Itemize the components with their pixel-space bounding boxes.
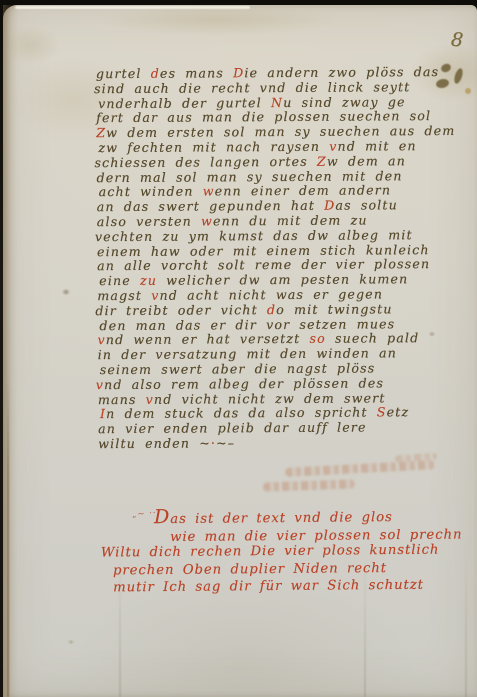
page-gutter-shadow	[3, 5, 18, 697]
text-segment: mans	[98, 391, 146, 406]
bleedthrough-marks	[263, 479, 355, 491]
page-gutter-line	[7, 375, 9, 697]
rubric-heading: Das ist der text vnd die gloswie man die…	[97, 504, 463, 546]
text-segment: dir treibt oder vicht	[95, 302, 267, 318]
text-segment: nd acht nicht was er gegen	[159, 286, 383, 302]
text-segment: wiltu enden ~	[98, 435, 211, 451]
text-segment: nd wenn er hat versetzt	[106, 331, 310, 347]
text-segment: d	[267, 302, 276, 317]
text-segment: nd mit en	[337, 138, 416, 153]
text-line: wiltu enden ~·~–	[98, 435, 448, 452]
page-edge-highlight	[15, 6, 250, 9]
rubric-verse: Wiltu dich rechen Die vier ploss kunstli…	[97, 542, 440, 598]
text-segment: also versten	[97, 213, 201, 229]
text-segment: so	[309, 331, 325, 346]
text-segment: nd vicht nicht zw dem swert	[154, 390, 386, 406]
text-segment: ~–	[216, 435, 235, 450]
text-segment: S	[377, 405, 387, 420]
text-segment: an das swert gepunden hat	[97, 198, 325, 214]
bleedthrough-marks	[285, 460, 435, 477]
text-segment: v	[329, 139, 337, 154]
main-text-block: gurtel des mans Die andern zwo plöss das…	[96, 65, 448, 452]
text-segment: zu	[140, 273, 157, 288]
folio-number: 8	[450, 29, 464, 52]
text-segment: as soltu	[335, 197, 398, 212]
text-segment: o mit twingstu	[276, 301, 392, 317]
rubric-heading-line: Das ist der text vnd die glos	[154, 504, 462, 528]
text-segment: ie andern zwo plöss das	[244, 64, 439, 80]
text-segment: Z	[317, 153, 327, 168]
rubric-verse-line: Wiltu dich rechen Die vier ploss kunstli…	[101, 542, 440, 563]
text-segment: an vier enden pleib dar auff lere	[98, 420, 367, 437]
text-segment: etz	[387, 404, 410, 419]
manuscript-page: 8 gurtel des mans Die andern zwo plöss d…	[3, 5, 477, 697]
text-segment: Z	[96, 125, 106, 140]
text-segment: d	[151, 66, 160, 81]
text-segment: zw fechten mit nach raysen	[98, 139, 329, 155]
text-segment: D	[324, 198, 335, 213]
text-segment: w	[201, 213, 213, 228]
text-segment: magst	[97, 288, 151, 303]
text-segment: w dem an	[327, 153, 406, 168]
text-segment: vnderhalb der gurtel	[98, 95, 271, 111]
text-segment: D	[233, 65, 244, 80]
text-segment: schiessen des langen ortes	[94, 154, 317, 170]
text-segment: es mans	[160, 65, 233, 80]
text-segment: eine	[99, 273, 140, 288]
manuscript-photo: 8 gurtel des mans Die andern zwo plöss d…	[0, 0, 477, 697]
text-segment: acht winden	[99, 184, 203, 200]
text-segment: enn du mit dem zu	[213, 212, 368, 228]
text-segment: N	[271, 95, 283, 110]
crease-line	[465, 553, 467, 697]
text-segment: u sind zway ge	[283, 94, 406, 110]
rubric-verse-line: mutir Ich sag dir für war Sich schutzt	[113, 577, 440, 597]
ink-blot	[453, 67, 465, 84]
text-segment: w	[203, 184, 215, 199]
ink-blot	[465, 88, 471, 94]
text-segment: enn einer dem andern	[215, 183, 392, 199]
text-segment: v	[146, 391, 154, 406]
text-segment: suech pald	[326, 330, 420, 346]
text-segment: gurtel	[96, 66, 151, 81]
